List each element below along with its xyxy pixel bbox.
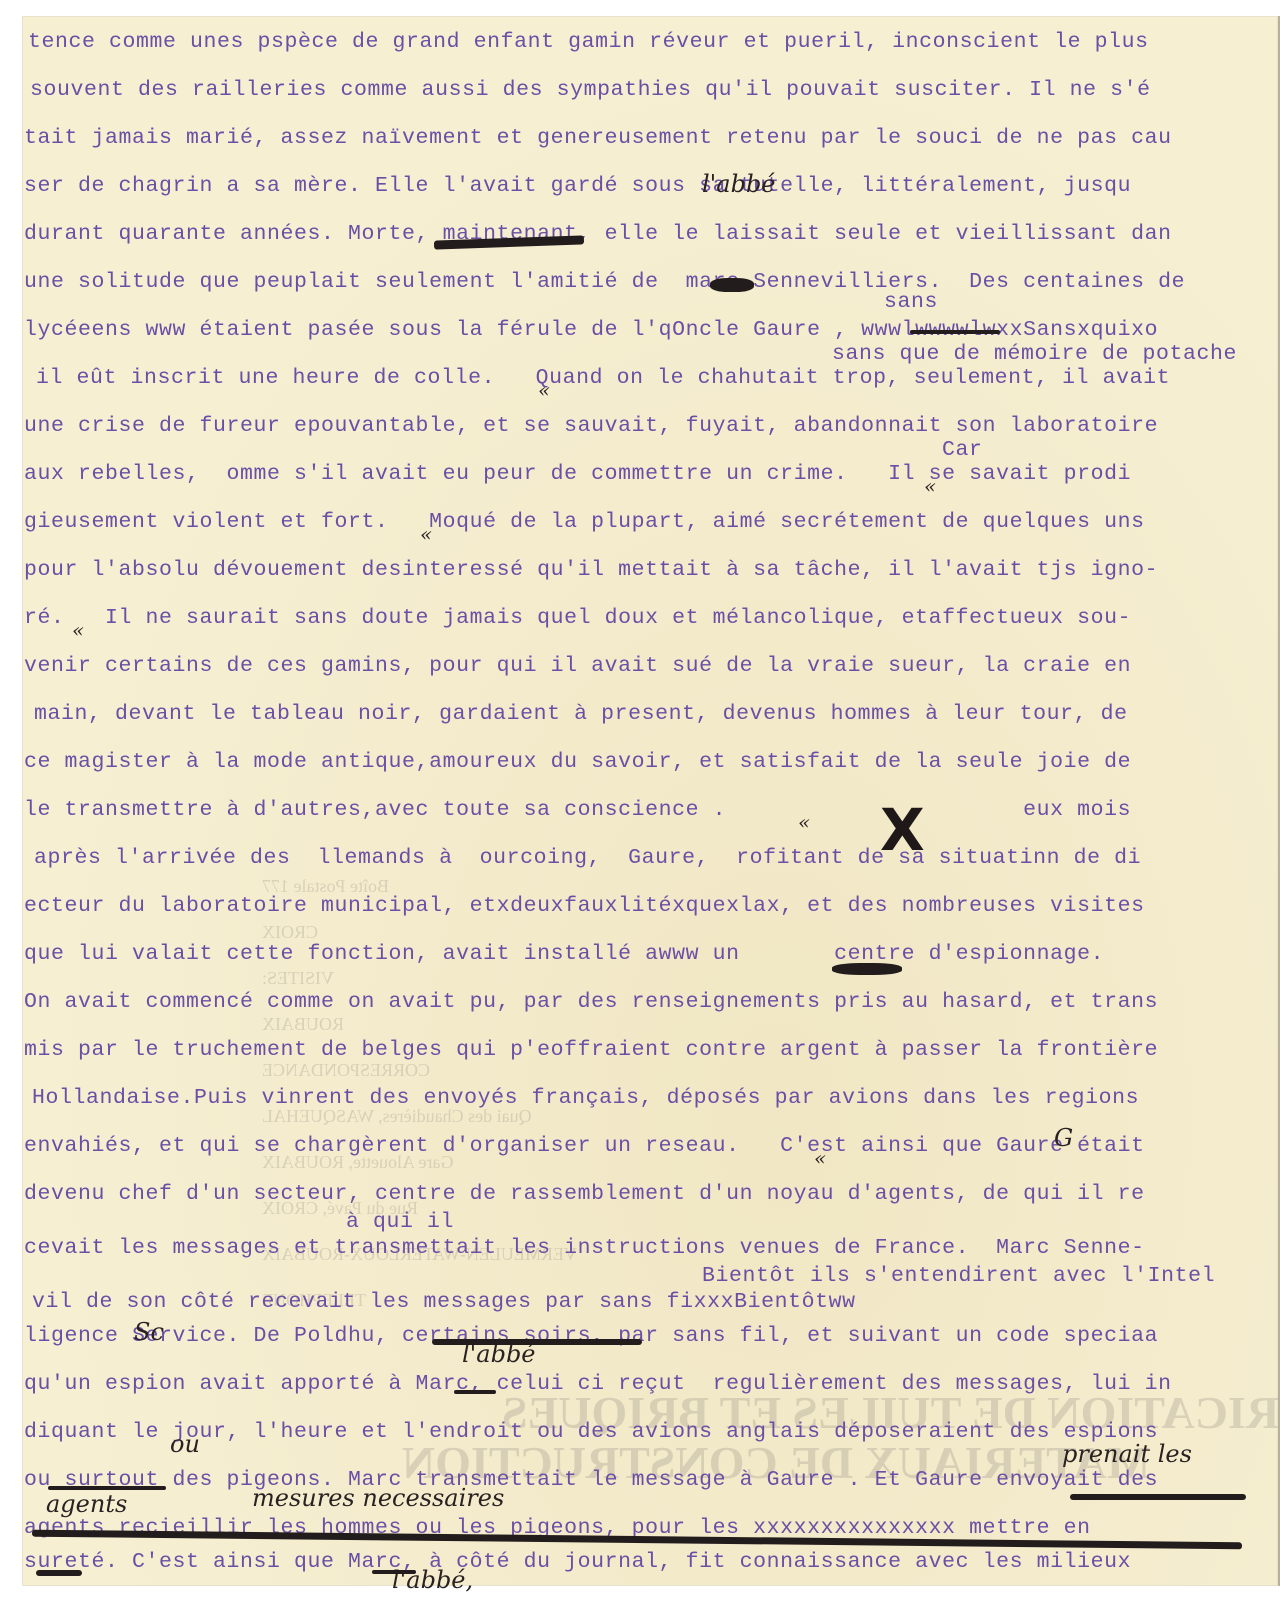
ghost-letterhead-text: ROUBAIX [262,1014,344,1035]
ink-strike-marginal [910,330,1000,334]
typed-insertion: à qui il [346,1210,454,1234]
typed-line: ser de chagrin a sa mère. Elle l'avait g… [24,174,1131,198]
typed-line: aux rebelles, omme s'il avait eu peur de… [24,462,1131,486]
manuscript-page: Boîte Postale 177CROIXVISITES:ROUBAIXCOR… [22,16,1280,1586]
paragraph-mark: « [420,522,432,546]
typed-insertion: sans [884,290,938,314]
typed-line: souvent des railleries comme aussi des s… [30,78,1151,102]
typed-line: le transmettre à d'autres,avec toute sa … [24,798,1131,822]
typed-line: ce magister à la mode antique,amoureux d… [24,750,1131,774]
paragraph-mark: « [798,810,810,834]
typed-line: cevait les messages et transmettait les … [24,1236,1145,1260]
handwritten-note: Sc [134,1318,164,1346]
typed-line: pour l'absolu dévouement desinteressé qu… [24,558,1158,582]
typed-insertion: Car [942,438,983,462]
handwritten-note: agents [46,1490,127,1518]
paragraph-mark: « [72,618,84,642]
handwritten-note: ou [170,1430,200,1458]
typed-line: vil de son côté recevait les messages pa… [32,1290,856,1314]
typed-line: tence comme unes pspèce de grand enfant … [28,30,1149,54]
paragraph-mark: « [814,1146,826,1170]
typed-line: venir certains de ces gamins, pour qui i… [24,654,1131,678]
typed-line: envahiés, et qui se chargèrent d'organis… [24,1134,1145,1158]
ink-strike-marc-2 [372,1570,416,1574]
paragraph-mark: « [924,474,936,498]
handwritten-note: l'abbé [702,170,776,198]
typed-line: que lui valait cette fonction, avait ins… [24,942,1104,966]
ink-strike-envoyait [1070,1494,1246,1500]
typed-line: ré. Il ne saurait sans doute jamais quel… [24,606,1131,630]
typed-line: sureté. C'est ainsi que Marc, à côté du … [24,1550,1131,1574]
ink-strike-surtout [48,1486,166,1490]
typed-line: il eût inscrit une heure de colle. Quand… [36,366,1170,390]
handwritten-note: prenait les [1062,1440,1192,1468]
ink-blot-marc [710,278,754,292]
typed-line: qu'un espion avait apporté à Marc, celui… [24,1372,1172,1396]
x-mark: X [880,796,925,864]
typed-line: main, devant le tableau noir, gardaient … [34,702,1128,726]
ghost-letterhead-text: CORRESPONDANCE [262,1060,430,1081]
ghost-letterhead-text: VISITES: [262,968,334,989]
typed-line: ecteur du laboratoire municipal, etxdeux… [24,894,1145,918]
typed-line: une crise de fureur epouvantable, et se … [24,414,1158,438]
ink-strike-sur [36,1570,82,1576]
typed-line: ou surtout des pigeons. Marc transmettai… [24,1468,1158,1492]
typed-line: une solitude que peuplait seulement l'am… [24,270,1185,294]
handwritten-note: G [1054,1124,1073,1152]
typed-line: Hollandaise.Puis vinrent des envoyés fra… [32,1086,1139,1110]
ink-blot-poste [832,963,902,975]
typed-line: devenu chef d'un secteur, centre de rass… [24,1182,1145,1206]
typed-line: mis par le truchement de belges qui p'eo… [24,1038,1158,1062]
ghost-letterhead-text: CROIX [262,922,318,943]
typed-line: après l'arrivée des llemands à ourcoing,… [34,846,1141,870]
paragraph-mark: « [538,378,550,402]
ink-strike-certains-soirs [432,1339,642,1345]
typed-insertion: Bientôt ils s'entendirent avec l'Intel [702,1264,1215,1288]
ink-strike-marc-1 [454,1390,496,1394]
typed-insertion: sans que de mémoire de potache [832,342,1237,366]
handwritten-note: mesures necessaires [252,1484,504,1512]
typed-line: tait jamais marié, assez naïvement et ge… [24,126,1172,150]
typed-line: On avait commencé comme on avait pu, par… [24,990,1158,1014]
typed-line: gieusement violent et fort. Moqué de la … [24,510,1145,534]
typed-line: durant quarante années. Morte, maintenan… [24,222,1172,246]
